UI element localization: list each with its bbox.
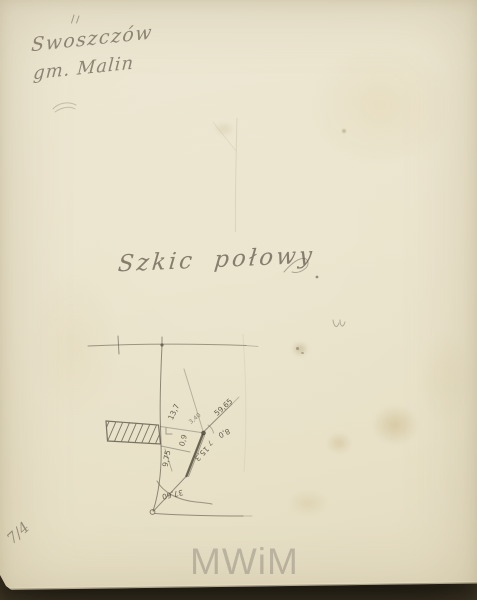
scan-edge-shadow — [0, 0, 477, 600]
scanned-document-page: Swoszczów gm. Malin Szkic połowy — [0, 0, 477, 600]
